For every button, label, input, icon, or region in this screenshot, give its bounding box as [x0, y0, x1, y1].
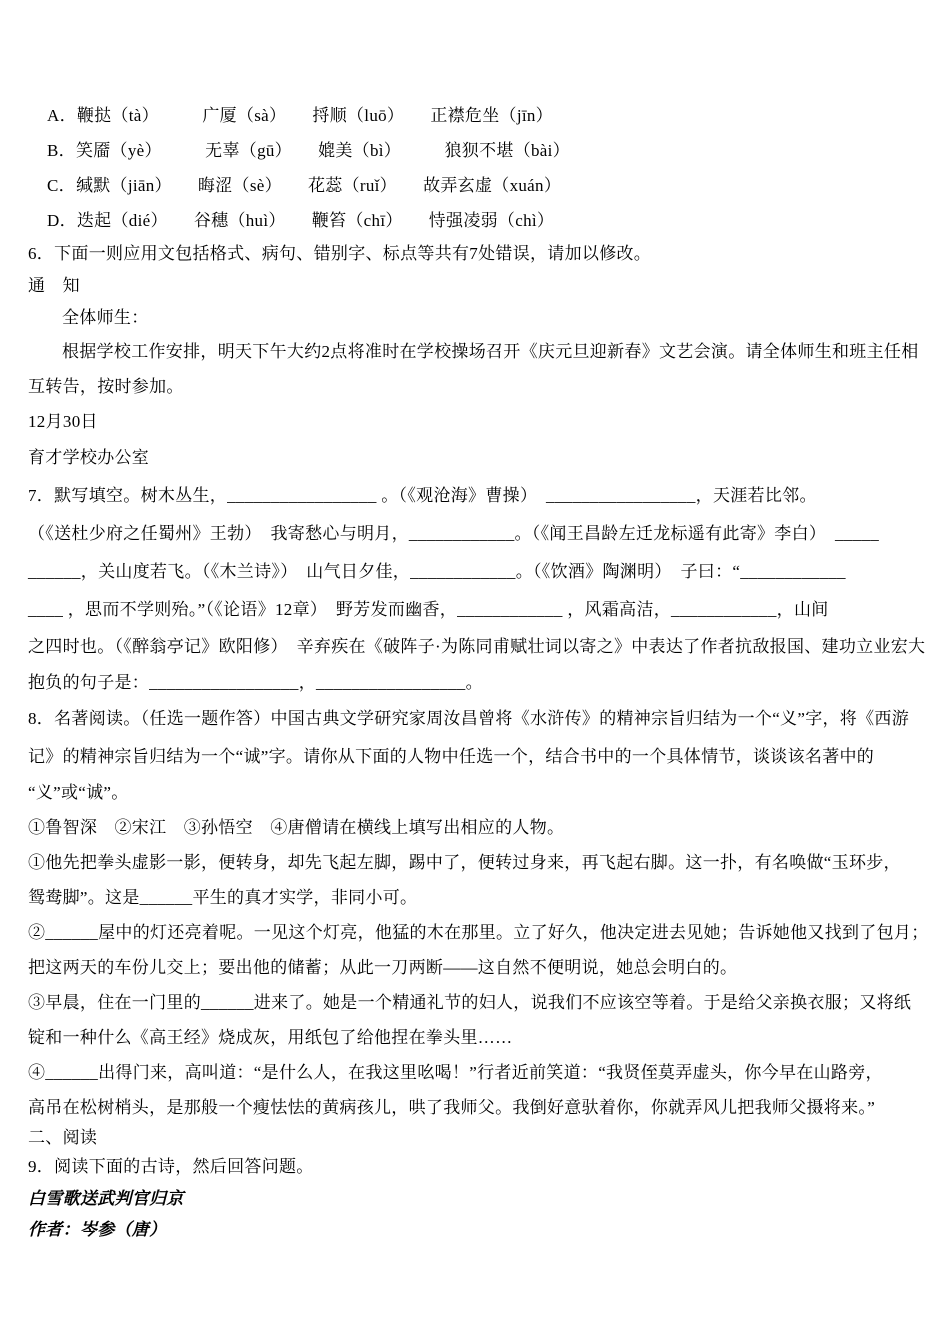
q6-notice-date: 12月30日 — [28, 404, 922, 439]
q6-prompt: 6．下面一则应用文包括格式、病句、错别字、标点等共有7处错误，请加以修改。 — [28, 238, 922, 270]
q7-line-3: ______，关山度若飞。（《木兰诗》） 山气日夕佳，____________。… — [28, 553, 922, 591]
q8-line-8: 把这两天的车份儿交上；要出他的储蓄；从此一刀两断——这自然不便明说，她总会明白的… — [28, 950, 922, 985]
q8-line-3: “义”或“诚”。 — [28, 776, 922, 810]
q9-poem-title: 白雪歌送武判官归京 — [28, 1183, 922, 1215]
q8-line-5: ①他先把拳头虚影一影，便转身，却先飞起左脚，踢中了，便转过身来，再飞起右脚。这一… — [28, 845, 922, 880]
q7-line-5: 之四时也。（《醉翁亭记》欧阳修） 辛弃疾在《破阵子·为陈同甫赋壮词以寄之》中表达… — [28, 628, 922, 665]
q6-notice-body-line2: 互转告，按时参加。 — [28, 369, 922, 404]
q5-option-d: D．迭起（dié） 谷穗（huì） 鞭笞（chī） 恃强凌弱（chì） — [28, 203, 922, 238]
q6-notice-signature: 育才学校办公室 — [28, 439, 922, 477]
q8-line-4: ①鲁智深 ②宋江 ③孙悟空 ④唐僧请在横线上填写出相应的人物。 — [28, 810, 922, 845]
q8-line-10: 锭和一种什么《高王经》烧成灰，用纸包了给他捏在拳头里…… — [28, 1020, 922, 1055]
q6-notice-body-line1: 根据学校工作安排，明天下午大约2点将准时在学校操场召开《庆元旦迎新春》文艺会演。… — [28, 334, 922, 369]
q8-line-2: 记》的精神宗旨归结为一个“诚”字。请你从下面的人物中任选一个，结合书中的一个具体… — [28, 738, 922, 776]
q8-line-7: ②______屋中的灯还亮着呢。一见这个灯亮，他猛的木在那里。立了好久，他决定进… — [28, 915, 922, 950]
exam-document-page: A．鞭挞（tà） 广厦（sà） 捋顺（luō） 正襟危坐（jīn） B．笑靥（y… — [0, 0, 950, 1344]
q6-notice-salutation: 全体师生： — [28, 302, 922, 334]
q9-prompt: 9．阅读下面的古诗，然后回答问题。 — [28, 1151, 922, 1183]
q7-line-6: 抱负的句子是：_________________，_______________… — [28, 665, 922, 700]
q8-line-12: 高吊在松树梢头，是那般一个瘦怯怯的黄病孩儿，哄了我师父。我倒好意驮着你，你就弄风… — [28, 1090, 922, 1125]
q5-option-a: A．鞭挞（tà） 广厦（sà） 捋顺（luō） 正襟危坐（jīn） — [28, 98, 922, 133]
q7-line-1: 7．默写填空。树木丛生，_________________ 。（《观沧海》曹操）… — [28, 477, 922, 515]
q9-poem-author: 作者：岑参（唐） — [28, 1215, 922, 1245]
q8-line-6: 鸳鸯脚”。这是______平生的真才实学，非同小可。 — [28, 880, 922, 915]
q6-notice-title: 通 知 — [28, 270, 922, 302]
q8-line-11: ④______出得门来，高叫道：“是什么人，在我这里吆喝！”行者近前笑道：“我贤… — [28, 1055, 922, 1090]
q5-option-c: C．缄默（jiān） 晦涩（sè） 花蕊（ruǐ） 故弄玄虚（xuán） — [28, 168, 922, 203]
q7-line-4: ____ ，思而不学则殆。”（《论语》12章） 野芳发而幽香，_________… — [28, 591, 922, 628]
exam-content: A．鞭挞（tà） 广厦（sà） 捋顺（luō） 正襟危坐（jīn） B．笑靥（y… — [0, 0, 950, 1245]
q7-line-2: （《送杜少府之任蜀州》王勃） 我寄愁心与明月，____________。（《闻王… — [28, 515, 922, 553]
section2-heading: 二、阅读 — [28, 1125, 922, 1151]
q8-line-9: ③早晨，住在一门里的______进来了。她是一个精通礼节的妇人，说我们不应该空等… — [28, 985, 922, 1020]
q8-line-1: 8．名著阅读。（任选一题作答）中国古典文学研究家周汝昌曾将《水浒传》的精神宗旨归… — [28, 700, 922, 738]
q5-option-b: B．笑靥（yè） 无辜（gū） 媲美（bì） 狼狈不堪（bài） — [28, 133, 922, 168]
